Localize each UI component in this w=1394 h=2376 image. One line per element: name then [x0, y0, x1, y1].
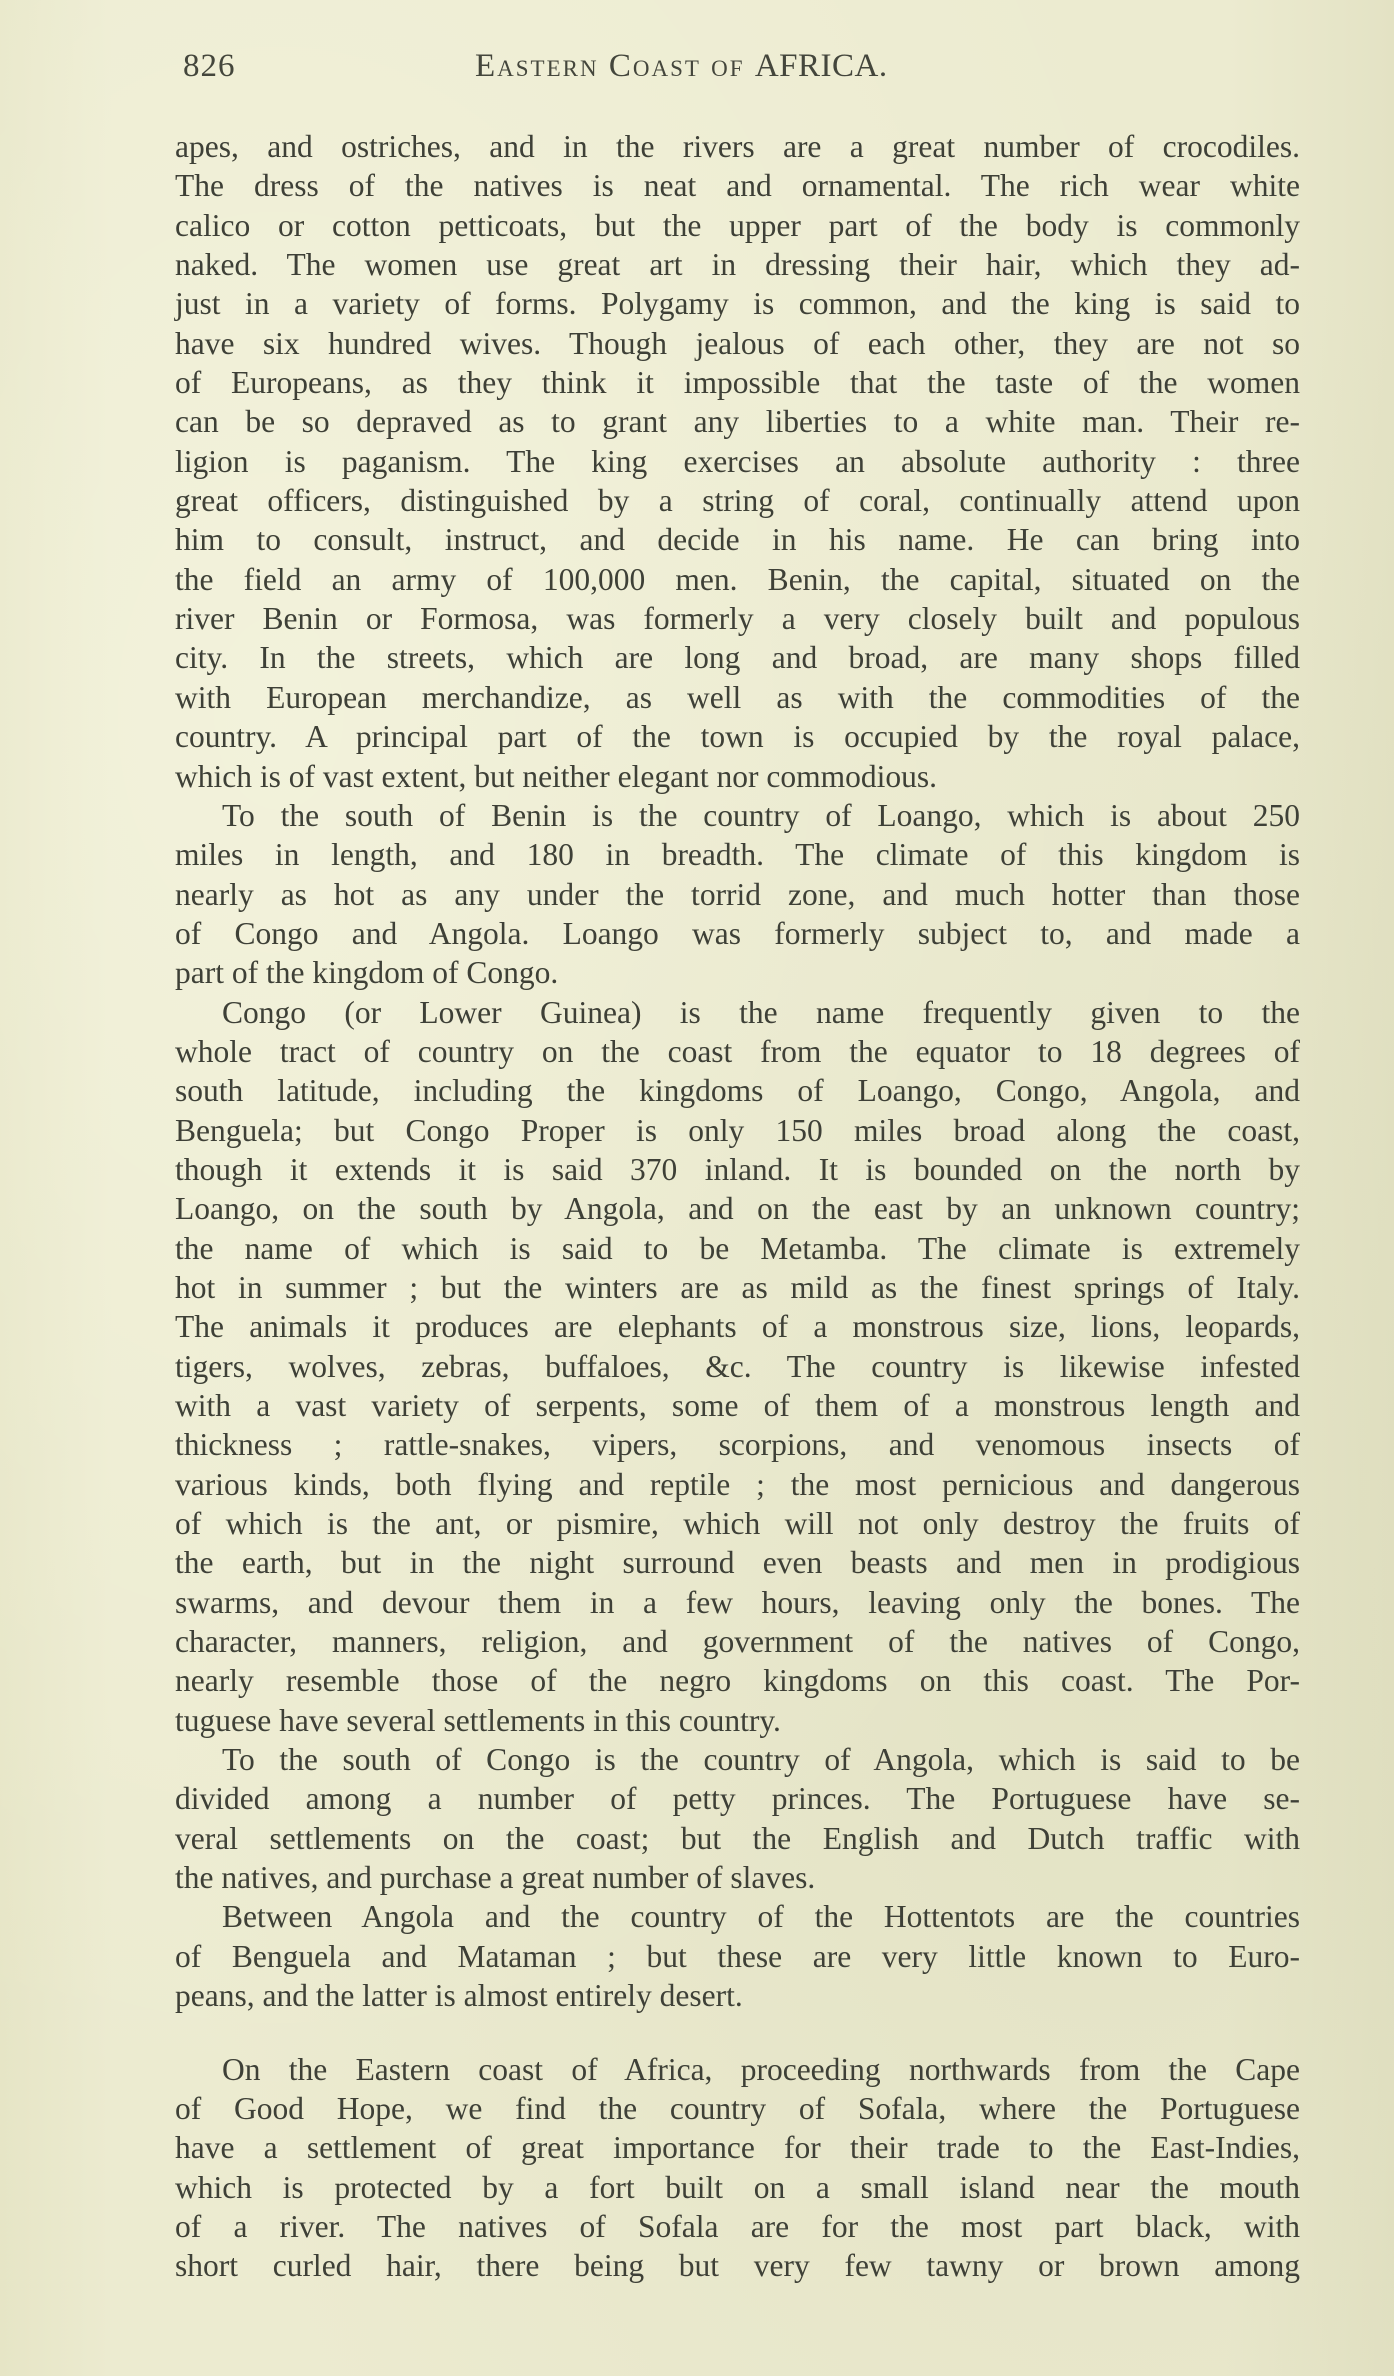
running-head: 826 Eastern Coast of AFRICA. [175, 48, 1305, 92]
text-line: whole tract of country on the coast from… [175, 1032, 1300, 1071]
text-line: him to consult, instruct, and decide in … [175, 520, 1300, 559]
text-line: The animals it produces are elephants of… [175, 1307, 1300, 1346]
text-line: The dress of the natives is neat and orn… [175, 166, 1300, 205]
text-line: great officers, distinguished by a strin… [175, 481, 1300, 520]
text-line: have a settlement of great importance fo… [175, 2128, 1300, 2167]
text-line: tigers, wolves, zebras, buffaloes, &c. T… [175, 1347, 1300, 1386]
book-page: 826 Eastern Coast of AFRICA. apes, and o… [0, 0, 1394, 2376]
text-line: miles in length, and 180 in breadth. The… [175, 835, 1300, 874]
text-line: with European merchandize, as well as wi… [175, 678, 1300, 717]
text-line: the earth, but in the night surround eve… [175, 1543, 1300, 1582]
paragraph-loango: To the south of Benin is the country of … [175, 796, 1300, 993]
text-line: peans, and the latter is almost entirely… [175, 1976, 1300, 2015]
body-text: apes, and ostriches, and in the rivers a… [175, 127, 1300, 2286]
running-title: Eastern Coast of AFRICA. [475, 48, 888, 85]
text-line: river Benin or Formosa, was formerly a v… [175, 599, 1300, 638]
text-line: apes, and ostriches, and in the rivers a… [175, 127, 1300, 166]
paragraph-sofala: On the Eastern coast of Africa, proceedi… [175, 2050, 1300, 2286]
text-line: naked. The women use great art in dressi… [175, 245, 1300, 284]
text-line: of a river. The natives of Sofala are fo… [175, 2207, 1300, 2246]
text-line: short curled hair, there being but very … [175, 2246, 1300, 2285]
section-break [175, 2016, 1300, 2050]
text-line: of Europeans, as they think it impossibl… [175, 363, 1300, 402]
text-line: the field an army of 100,000 men. Benin,… [175, 560, 1300, 599]
text-line: To the south of Benin is the country of … [175, 796, 1300, 835]
text-line: divided among a number of petty princes.… [175, 1779, 1300, 1818]
text-line: of Good Hope, we find the country of Sof… [175, 2089, 1300, 2128]
text-line: have six hundred wives. Though jealous o… [175, 324, 1300, 363]
text-line: veral settlements on the coast; but the … [175, 1819, 1300, 1858]
text-line: with a vast variety of serpents, some of… [175, 1386, 1300, 1425]
text-line: the name of which is said to be Metamba.… [175, 1229, 1300, 1268]
text-line: south latitude, including the kingdoms o… [175, 1071, 1300, 1110]
text-line: ligion is paganism. The king exercises a… [175, 442, 1300, 481]
text-line: Congo (or Lower Guinea) is the name freq… [175, 993, 1300, 1032]
page-number: 826 [183, 48, 236, 85]
paragraph-benin: apes, and ostriches, and in the rivers a… [175, 127, 1300, 796]
text-line: hot in summer ; but the winters are as m… [175, 1268, 1300, 1307]
text-line: of Congo and Angola. Loango was formerly… [175, 914, 1300, 953]
text-line: of Benguela and Mataman ; but these are … [175, 1937, 1300, 1976]
paragraph-congo: Congo (or Lower Guinea) is the name freq… [175, 993, 1300, 1741]
text-line: character, manners, religion, and govern… [175, 1622, 1300, 1661]
text-line: Loango, on the south by Angola, and on t… [175, 1189, 1300, 1228]
text-line: Between Angola and the country of the Ho… [175, 1897, 1300, 1936]
text-line: which is of vast extent, but neither ele… [175, 757, 1300, 796]
text-line: various kinds, both flying and reptile ;… [175, 1465, 1300, 1504]
text-line: part of the kingdom of Congo. [175, 953, 1300, 992]
text-line: Benguela; but Congo Proper is only 150 m… [175, 1111, 1300, 1150]
text-line: nearly as hot as any under the torrid zo… [175, 875, 1300, 914]
paragraph-angola: To the south of Congo is the country of … [175, 1740, 1300, 1897]
text-line: just in a variety of forms. Polygamy is … [175, 284, 1300, 323]
text-line: calico or cotton petticoats, but the upp… [175, 206, 1300, 245]
text-line: of which is the ant, or pismire, which w… [175, 1504, 1300, 1543]
text-line: country. A principal part of the town is… [175, 717, 1300, 756]
text-line: swarms, and devour them in a few hours, … [175, 1583, 1300, 1622]
text-line: the natives, and purchase a great number… [175, 1858, 1300, 1897]
text-line: nearly resemble those of the negro kingd… [175, 1661, 1300, 1700]
running-title-caps: AFRICA. [755, 48, 888, 84]
text-line: city. In the streets, which are long and… [175, 638, 1300, 677]
text-line: can be so depraved as to grant any liber… [175, 402, 1300, 441]
running-title-prefix: Eastern Coast of [475, 48, 745, 84]
text-line: thickness ; rattle-snakes, vipers, scorp… [175, 1425, 1300, 1464]
text-line: which is protected by a fort built on a … [175, 2168, 1300, 2207]
text-line: To the south of Congo is the country of … [175, 1740, 1300, 1779]
text-line: On the Eastern coast of Africa, proceedi… [175, 2050, 1300, 2089]
text-line: tuguese have several settlements in this… [175, 1701, 1300, 1740]
text-line: though it extends it is said 370 inland.… [175, 1150, 1300, 1189]
paragraph-benguela: Between Angola and the country of the Ho… [175, 1897, 1300, 2015]
